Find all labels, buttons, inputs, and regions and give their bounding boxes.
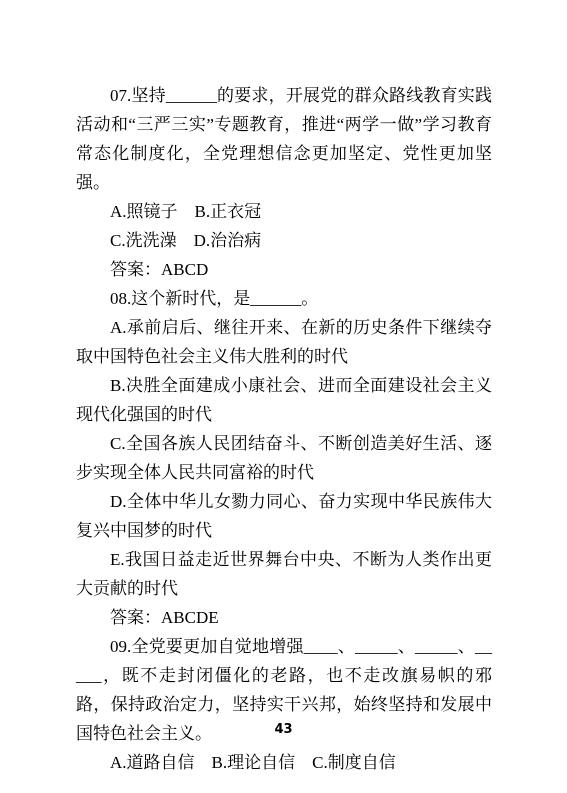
page-number: 43 xyxy=(0,722,567,737)
document-body: 07.坚持______的要求，开展党的群众路线教育实践活动和“三严三实”专题教育… xyxy=(76,81,492,777)
q07-options-ab: A.照镜子 B.正衣冠 xyxy=(76,197,492,226)
q08-option-d: D.全体中华儿女勠力同心、奋力实现中华民族伟大复兴中国梦的时代 xyxy=(76,487,492,545)
q09-options-abc: A.道路自信 B.理论自信 C.制度自信 xyxy=(76,748,492,777)
q07-options-cd: C.洗洗澡 D.治治病 xyxy=(76,226,492,255)
q08-option-a: A.承前启后、继往开来、在新的历史条件下继续夺取中国特色社会主义伟大胜利的时代 xyxy=(76,313,492,371)
q08-option-c: C.全国各族人民团结奋斗、不断创造美好生活、逐步实现全体人民共同富裕的时代 xyxy=(76,429,492,487)
q07-stem: 07.坚持______的要求，开展党的群众路线教育实践活动和“三严三实”专题教育… xyxy=(76,81,492,197)
q08-option-e: E.我国日益走近世界舞台中央、不断为人类作出更大贡献的时代 xyxy=(76,545,492,603)
q08-option-b: B.决胜全面建成小康社会、进而全面建设社会主义现代化强国的时代 xyxy=(76,371,492,429)
q08-stem: 08.这个新时代，是______。 xyxy=(76,284,492,313)
q07-answer: 答案：ABCD xyxy=(76,255,492,284)
q08-answer: 答案：ABCDE xyxy=(76,603,492,632)
document-page-surface: 07.坚持______的要求，开展党的群众路线教育实践活动和“三严三实”专题教育… xyxy=(0,0,567,793)
document-page: { "page": { "background_color": "#ffffff… xyxy=(0,0,567,793)
